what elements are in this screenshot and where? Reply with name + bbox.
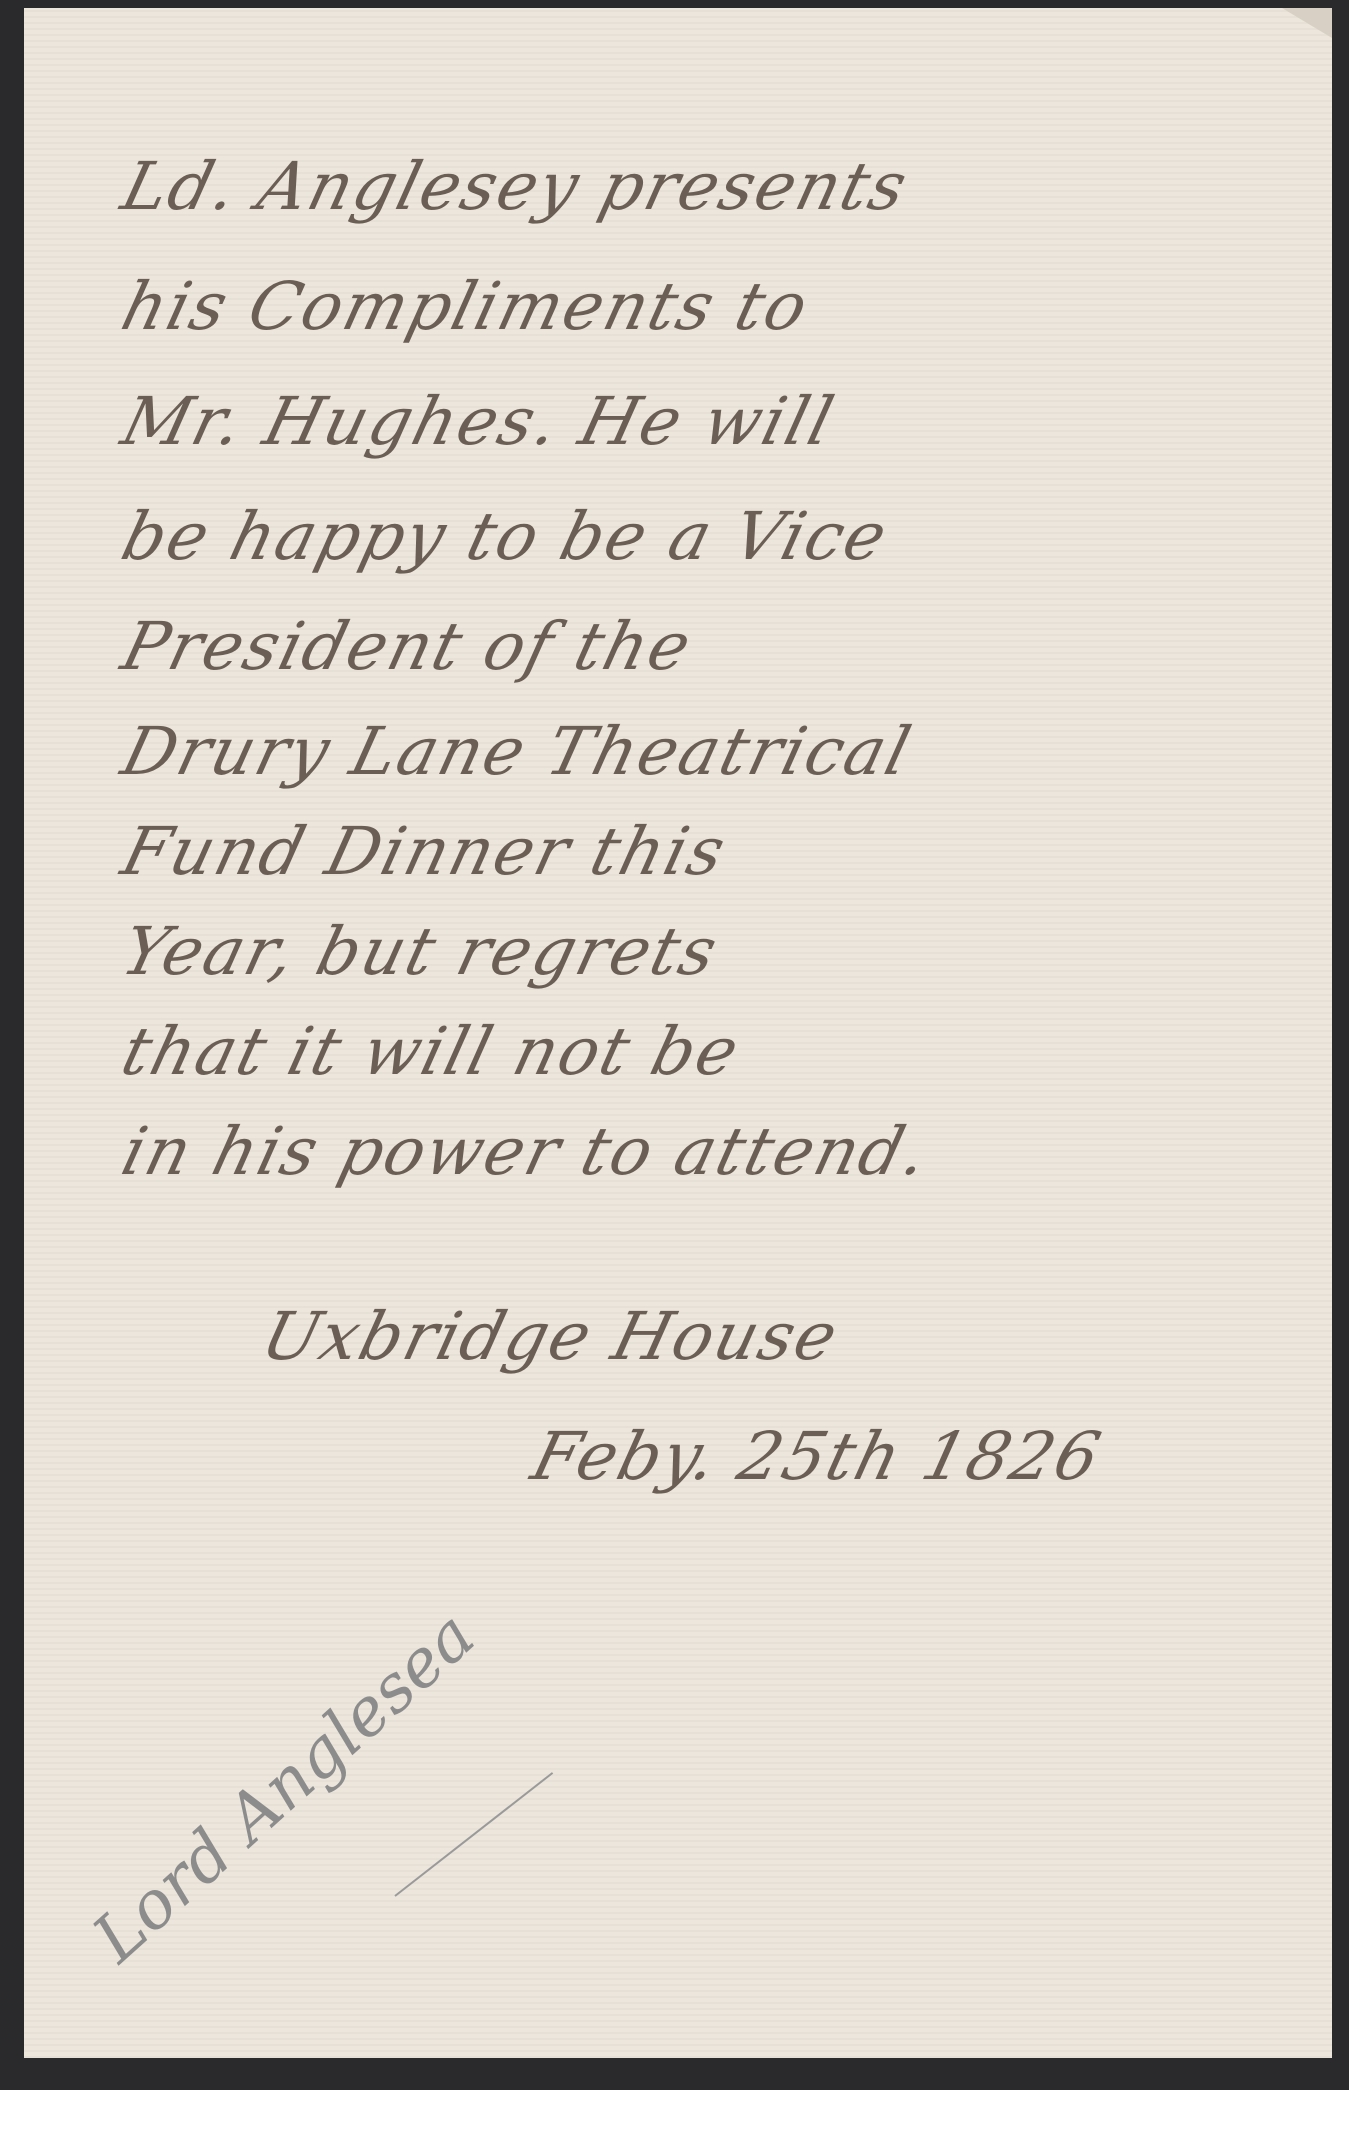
mourning-card-border: Ld. Anglesey presents his Compliments to… (0, 0, 1349, 2090)
letter-place: Uxbridge House (254, 1298, 846, 1375)
letter-line: in his power to attend. (114, 1113, 937, 1190)
letter-line: that it will not be (114, 1013, 748, 1090)
letter-line: Year, but regrets (114, 913, 726, 990)
letter-line: Mr. Hughes. He will (114, 383, 842, 460)
folded-corner (1282, 8, 1332, 38)
letter-line: President of the (114, 608, 700, 685)
letter-line: Ld. Anglesey presents (114, 148, 916, 225)
letter-date: Feby. 25th 1826 (524, 1418, 1109, 1495)
letter-line: Drury Lane Theatrical (114, 713, 919, 790)
letter-line: be happy to be a Vice (114, 498, 896, 575)
letter-line: his Compliments to (114, 268, 817, 345)
letter-line: Fund Dinner this (114, 813, 734, 890)
letter-paper: Ld. Anglesey presents his Compliments to… (24, 8, 1332, 2058)
